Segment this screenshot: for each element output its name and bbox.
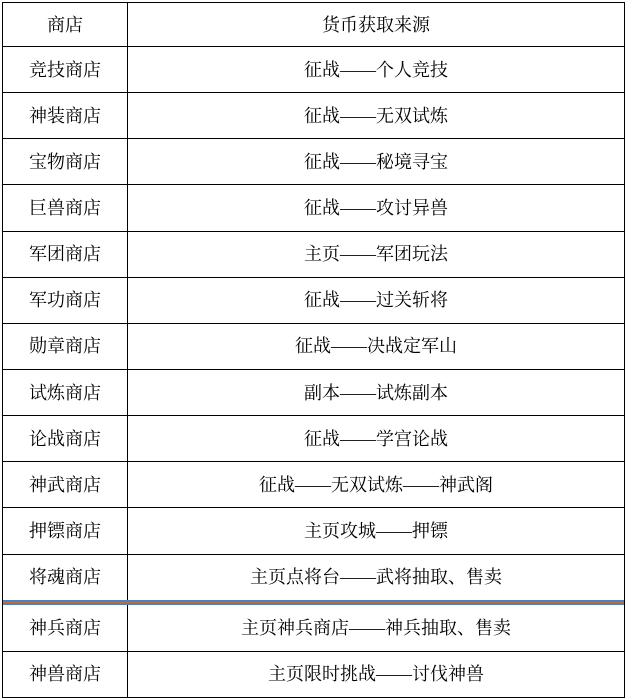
shop-cell: 神装商店 [3, 92, 127, 138]
shop-cell: 神武商店 [3, 461, 127, 507]
shop-cell: 神兵商店 [3, 605, 127, 651]
shop-cell: 押镖商店 [3, 507, 127, 553]
shop-cell: 勋章商店 [3, 323, 127, 369]
source-cell: 征战——过关斩将 [127, 277, 624, 323]
shop-cell: 试炼商店 [3, 369, 127, 415]
shop-cell: 神兽商店 [3, 651, 127, 697]
source-cell: 主页攻城——押镖 [127, 507, 624, 553]
source-cell: 征战——无双试炼 [127, 92, 624, 138]
shop-column-header: 商店 [3, 3, 127, 46]
shop-cell: 论战商店 [3, 415, 127, 461]
source-cell: 主页——军团玩法 [127, 231, 624, 277]
source-cell: 主页点将台——武将抽取、售卖 [127, 554, 624, 600]
shop-cell: 将魂商店 [3, 554, 127, 600]
source-cell: 征战——攻讨异兽 [127, 184, 624, 230]
source-cell: 征战——无双试炼——神武阁 [127, 461, 624, 507]
source-cell: 主页神兵商店——神兵抽取、售卖 [127, 605, 624, 651]
source-cell: 主页限时挑战——讨伐神兽 [127, 651, 624, 697]
source-cell: 征战——决战定军山 [127, 323, 624, 369]
source-cell: 征战——学宫论战 [127, 415, 624, 461]
shop-cell: 竞技商店 [3, 46, 127, 92]
source-cell: 征战——个人竞技 [127, 46, 624, 92]
shop-cell: 巨兽商店 [3, 184, 127, 230]
currency-source-table: 商店 货币获取来源 竞技商店 征战——个人竞技 神装商店 征战——无双试炼 宝物… [2, 2, 625, 698]
source-column-header: 货币获取来源 [127, 3, 624, 46]
shop-cell: 宝物商店 [3, 138, 127, 184]
source-cell: 副本——试炼副本 [127, 369, 624, 415]
source-cell: 征战——秘境寻宝 [127, 138, 624, 184]
shop-cell: 军功商店 [3, 277, 127, 323]
shop-cell: 军团商店 [3, 231, 127, 277]
